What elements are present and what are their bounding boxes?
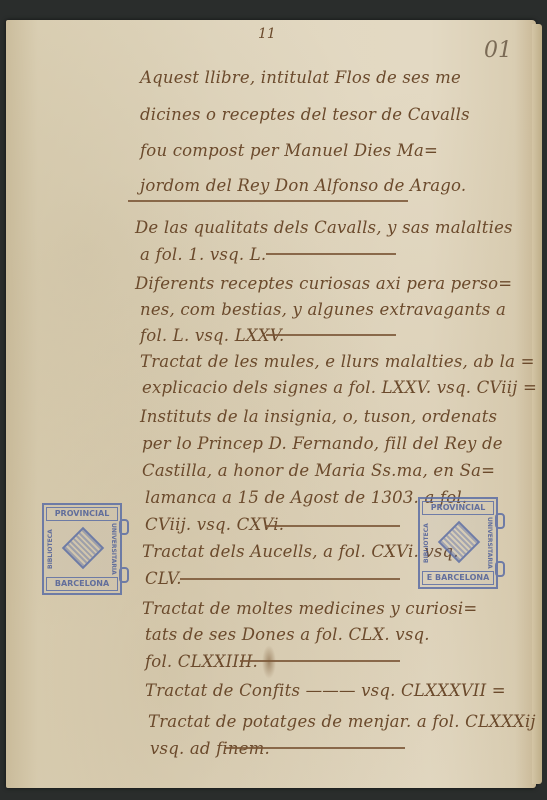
library-stamp-right: PROVINCIAL BIBLIOTECA UNIVERSITARIA E BA… — [418, 497, 498, 589]
page-edge — [532, 24, 542, 784]
stamp-side-text: UNIVERSITARIA — [107, 521, 117, 577]
coat-of-arms-icon — [438, 521, 480, 563]
heading-line: jordom del Rey Don Alfonso de Arago. — [140, 178, 466, 195]
stamp-side-text: UNIVERSITARIA — [483, 515, 493, 571]
heading-line: fou compost per Manuel Dies Ma= — [140, 143, 438, 160]
contents-line: tats de ses Dones a fol. CLX. vsq. — [145, 627, 430, 644]
hinge-icon — [495, 561, 505, 577]
divider-rule — [266, 253, 396, 255]
contents-line: nes, com bestias, y algunes extravagants… — [140, 302, 506, 319]
contents-line: Tractat de potatges de menjar. a fol. CL… — [148, 714, 536, 731]
hinge-icon — [495, 513, 505, 529]
contents-line: fol. CLXXIIII. — [145, 654, 258, 671]
library-stamp-left: PROVINCIAL BIBLIOTECA UNIVERSITARIA BARC… — [42, 503, 122, 595]
folio-number: 01 — [484, 38, 512, 63]
stamp-top-text: PROVINCIAL — [422, 501, 494, 515]
folio-mark-top: 11 — [258, 26, 276, 42]
contents-line: vsq. ad finem. — [150, 741, 270, 758]
contents-line: Tractat dels Aucells, a fol. CXVi. vsq. — [142, 544, 459, 561]
contents-line: explicacio dels signes a fol. LXXV. vsq.… — [142, 380, 537, 397]
stamp-side-text: BIBLIOTECA — [47, 521, 57, 577]
contents-line: CLV. — [145, 571, 182, 588]
contents-line: a fol. 1. vsq. L. — [140, 247, 266, 264]
contents-line: De las qualitats dels Cavalls, y sas mal… — [135, 220, 513, 237]
stamp-bottom-text: E BARCELONA — [422, 571, 494, 585]
contents-line: fol. L. vsq. LXXV. — [140, 328, 284, 345]
heading-line: Aquest llibre, intitulat Flos de ses me — [140, 70, 461, 87]
divider-rule — [266, 334, 396, 336]
contents-line: Tractat de Confits ——— vsq. CLXXXVII = — [145, 683, 506, 700]
contents-line: CViij. vsq. CXVi. — [145, 517, 284, 534]
coat-of-arms-icon — [62, 527, 104, 569]
heading-line: dicines o receptes del tesor de Cavalls — [140, 107, 470, 124]
stamp-bottom-text: BARCELONA — [46, 577, 118, 591]
divider-rule — [128, 200, 408, 202]
divider-rule — [265, 525, 400, 527]
contents-line: Instituts de la insignia, o, tuson, orde… — [140, 409, 497, 426]
divider-rule — [180, 578, 400, 580]
stamp-side-text: BIBLIOTECA — [423, 515, 433, 571]
stamp-top-text: PROVINCIAL — [46, 507, 118, 521]
ink-stain — [262, 645, 276, 679]
contents-line: Diferents receptes curiosas axi pera per… — [135, 276, 512, 293]
contents-line: Tractat de moltes medicines y curiosi= — [142, 601, 477, 618]
hinge-icon — [119, 567, 129, 583]
hinge-icon — [119, 519, 129, 535]
contents-line: per lo Princep D. Fernando, fill del Rey… — [142, 436, 503, 453]
divider-rule — [225, 747, 405, 749]
contents-line: Castilla, a honor de Maria Ss.ma, en Sa= — [142, 463, 495, 480]
contents-line: Tractat de les mules, e llurs malalties,… — [140, 354, 535, 371]
